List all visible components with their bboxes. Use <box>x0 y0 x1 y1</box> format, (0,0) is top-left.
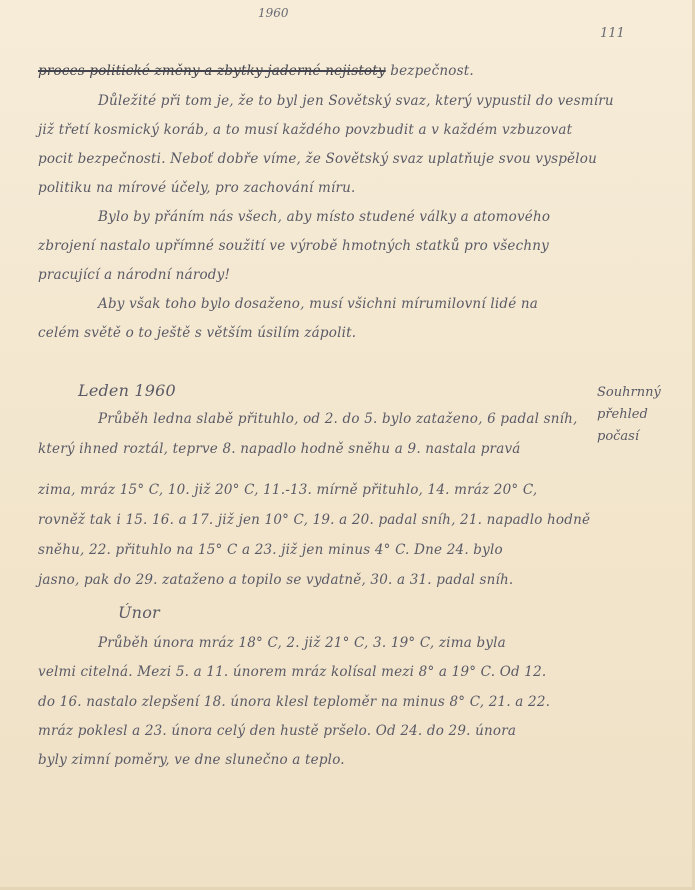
paragraph-3-line: Aby však toho bylo dosaženo, musí všichn… <box>38 295 658 313</box>
february-line: velmi citelná. Mezi 5. a 11. únorem mráz… <box>38 663 598 681</box>
paragraph-1-line: již třetí kosmický koráb, a to musí každ… <box>38 121 598 139</box>
line-tail: bezpečnost. <box>386 63 474 79</box>
paragraph-1-line: Důležité při tom je, že to byl jen Sovět… <box>38 92 658 110</box>
february-line: do 16. nastalo zlepšení 18. února klesl … <box>38 693 598 711</box>
january-line: Průběh ledna slabě přituhlo, od 2. do 5.… <box>38 410 658 428</box>
january-line: rovněž tak i 15. 16. a 17. již jen 10° C… <box>38 511 598 529</box>
january-line: který ihned roztál, teprve 8. napadlo ho… <box>38 440 598 458</box>
manuscript-page: 1960 111 proces politické změny a zbytky… <box>0 0 695 890</box>
january-line: sněhu, 22. přituhlo na 15° C a 23. již j… <box>38 541 598 559</box>
february-line: mráz poklesl a 23. února celý den hustě … <box>38 722 598 740</box>
paragraph-1-line: politiku na mírové účely, pro zachování … <box>38 179 598 197</box>
february-line: byly zimní poměry, ve dne slunečno a tep… <box>38 751 598 769</box>
margin-note: Souhrnný přehled počasí <box>597 382 687 448</box>
margin-note-line: počasí <box>597 426 687 448</box>
paragraph-1-line: pocit bezpečnosti. Neboť dobře víme, že … <box>38 150 598 168</box>
january-heading: Leden 1960 <box>78 382 638 400</box>
struck-text: proces politické změny a zbytky jaderné … <box>38 63 386 79</box>
margin-note-line: přehled <box>597 404 687 426</box>
paragraph-2-line: pracující a národní národy! <box>38 266 598 284</box>
margin-note-line: Souhrnný <box>597 382 687 404</box>
page-header-year: 1960 <box>258 6 289 20</box>
january-line: zima, mráz 15° C, 10. již 20° C, 11.-13.… <box>38 481 598 499</box>
paragraph-3-line: celém světě o to ještě s větším úsilím z… <box>38 324 598 342</box>
january-line: jasno, pak do 29. zataženo a topilo se v… <box>38 571 598 589</box>
page-number: 111 <box>600 26 625 41</box>
paragraph-2-line: Bylo by přáním nás všech, aby místo stud… <box>38 208 658 226</box>
paragraph-2-line: zbrojení nastalo upřímné soužití ve výro… <box>38 237 598 255</box>
struck-through-line: proces politické změny a zbytky jaderné … <box>38 62 598 80</box>
february-line: Průběh února mráz 18° C, 2. již 21° C, 3… <box>38 634 658 652</box>
february-heading: Únor <box>118 604 678 622</box>
